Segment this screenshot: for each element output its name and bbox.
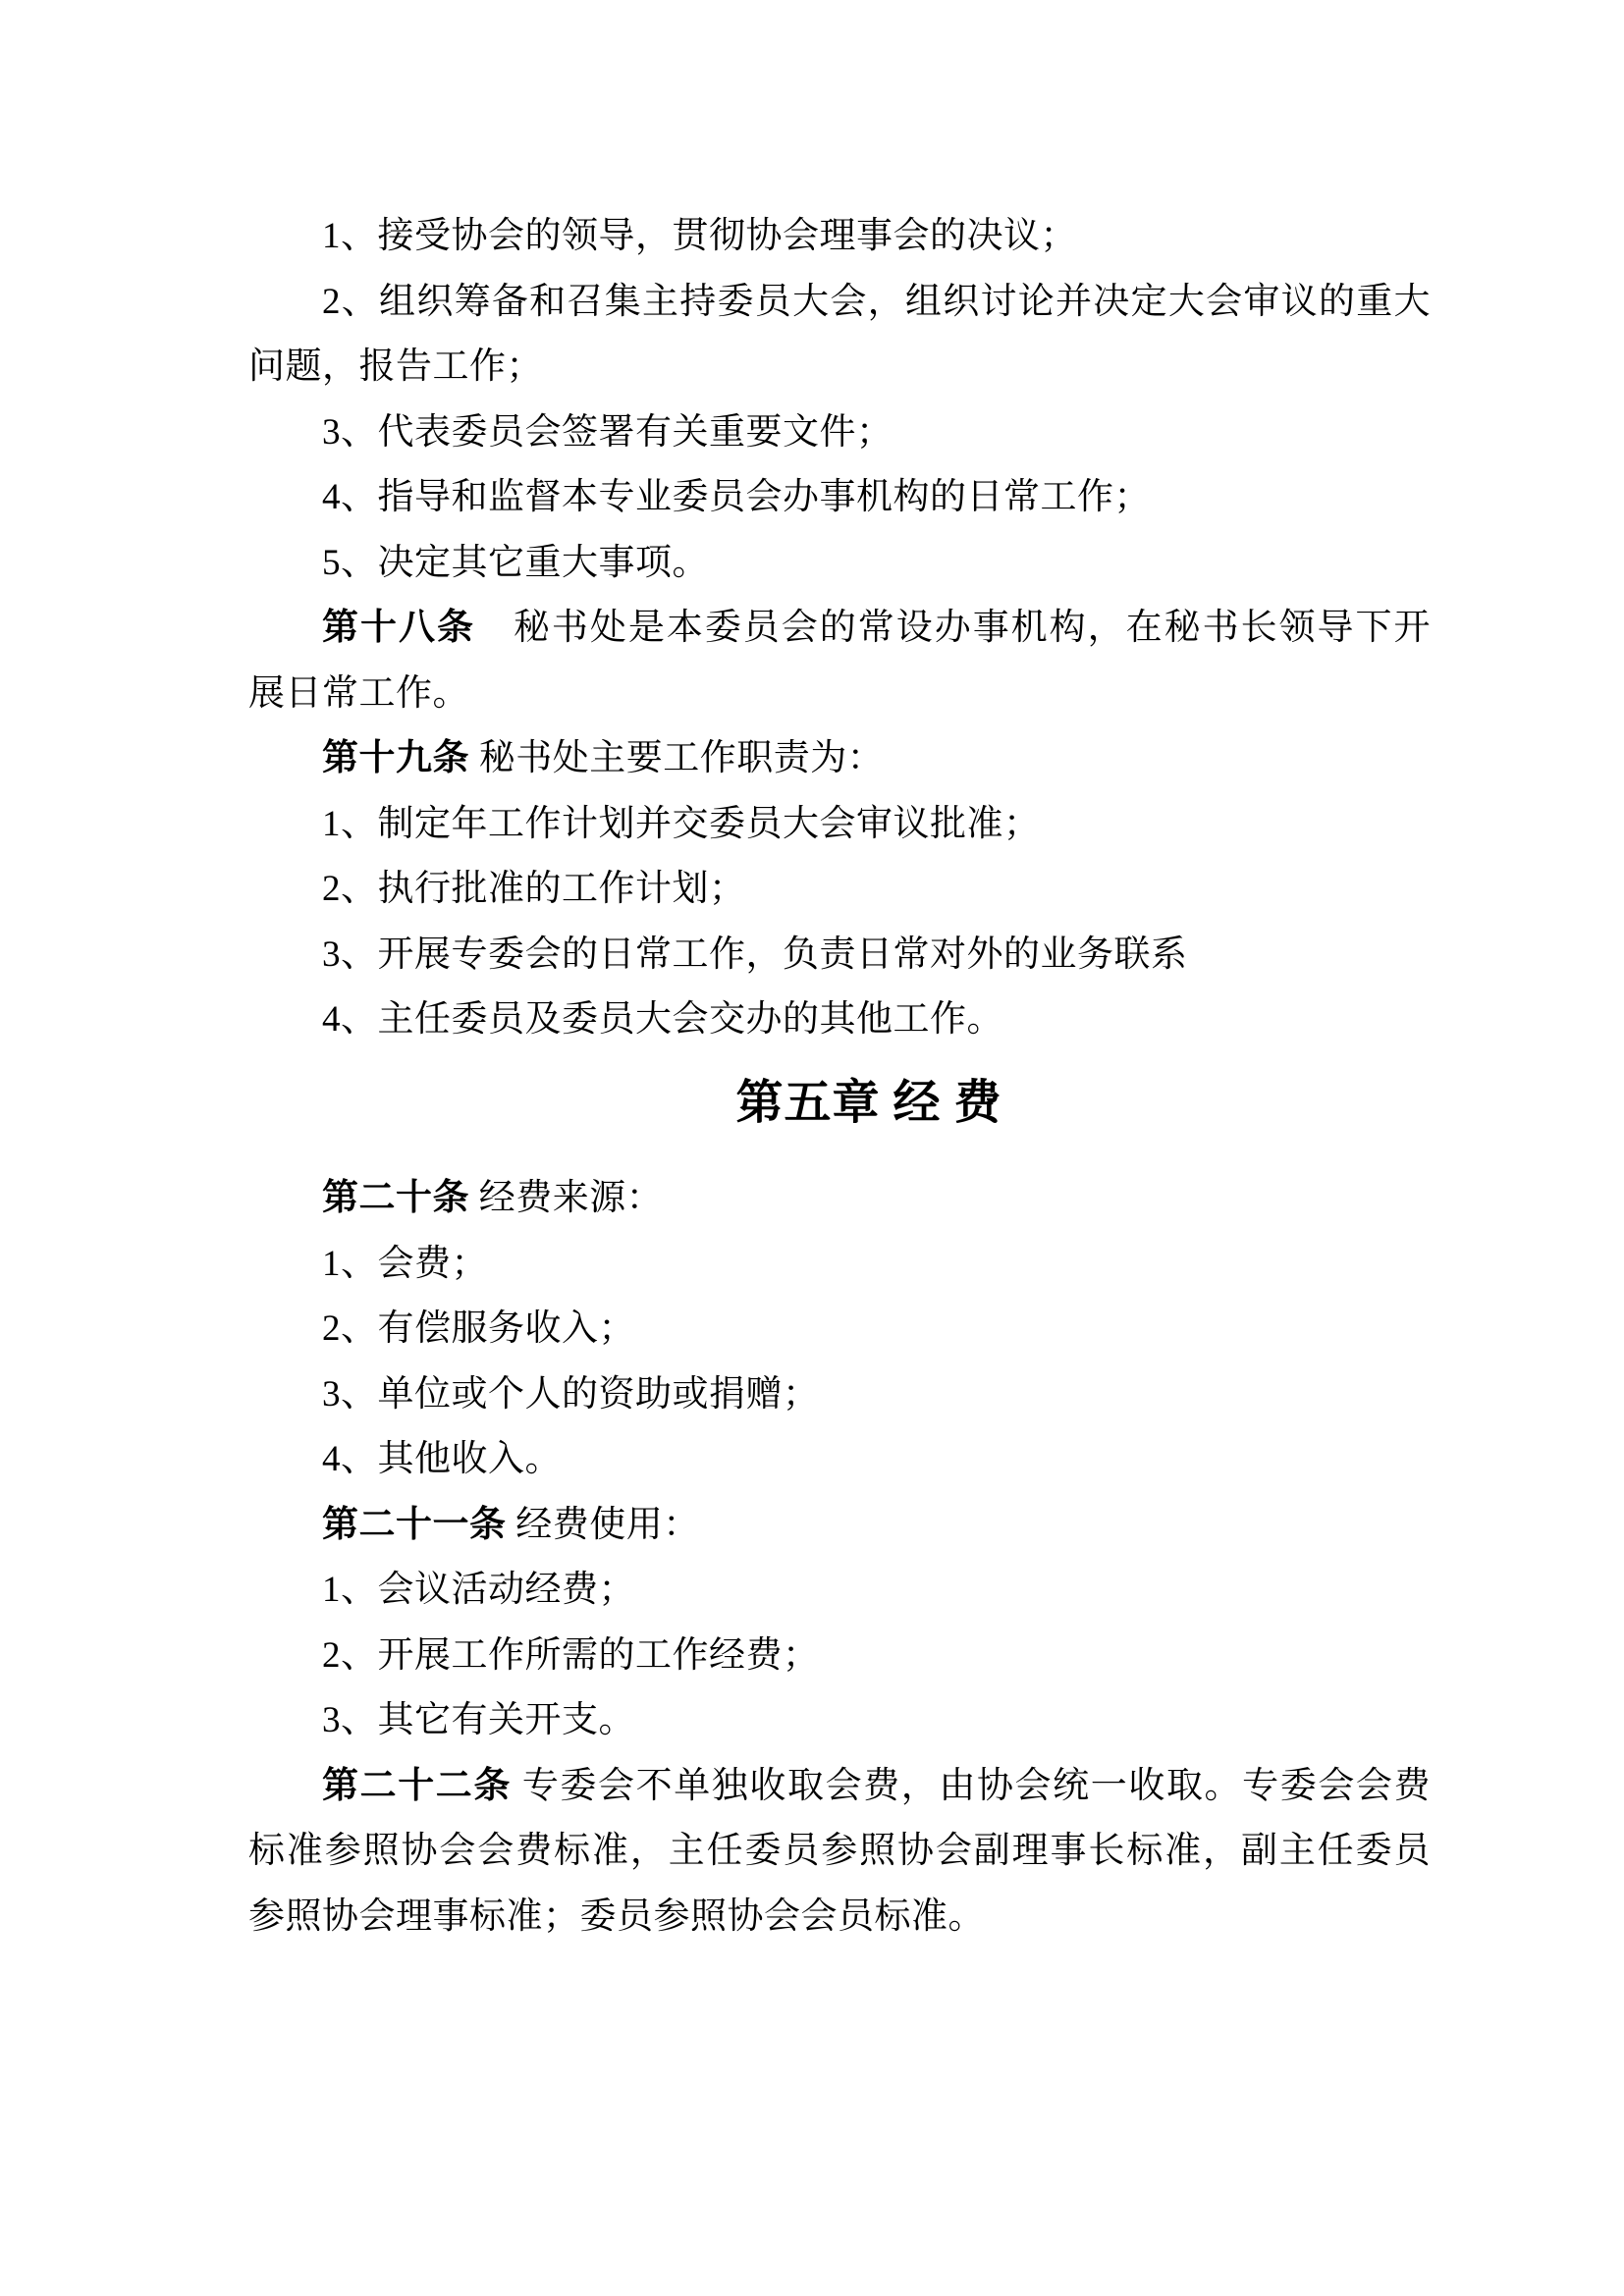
line-text: 1、会费；	[322, 1244, 488, 1284]
line-text: 2、开展工作所需的工作经费；	[322, 1635, 820, 1676]
text-line: 2、开展工作所需的工作经费；	[248, 1624, 1431, 1689]
text-line: 3、开展专委会的日常工作，负责日常对外的业务联系	[248, 923, 1431, 988]
line-text: 1、会议活动经费；	[322, 1570, 635, 1610]
text-line: 第二十条 经费来源：	[248, 1166, 1431, 1232]
text-line: 标准参照协会会费标准，主任委员参照协会副理事长标准，副主任委员	[248, 1819, 1431, 1885]
line-text: 1、接受协会的领导，贯彻协会理事会的决议；	[322, 216, 1077, 256]
text-line: 第十八条 秘书处是本委员会的常设办事机构，在秘书长领导下开	[248, 596, 1431, 662]
text-line: 第二十二条 专委会不单独收取会费，由协会统一收取。专委会会费	[248, 1754, 1431, 1820]
line-text: 3、开展专委会的日常工作，负责日常对外的业务联系	[322, 934, 1188, 975]
text-line: 3、单位或个人的资助或捐赠；	[248, 1362, 1431, 1428]
text-line: 1、制定年工作计划并交委员大会审议批准；	[248, 792, 1431, 858]
line-text: 秘书处主要工作职责为：	[469, 738, 884, 778]
line-text: 3、代表委员会签署有关重要文件；	[322, 412, 893, 453]
line-text: 3、单位或个人的资助或捐赠；	[322, 1374, 820, 1415]
text-line: 4、其他收入。	[248, 1427, 1431, 1493]
line-text: 标准参照协会会费标准，主任委员参照协会副理事长标准，副主任委员	[248, 1831, 1431, 1871]
text-line: 4、指导和监督本专业委员会办事机构的日常工作；	[248, 465, 1431, 531]
line-text: 参照协会理事标准；委员参照协会会员标准。	[248, 1896, 985, 1937]
text-line: 2、执行批准的工作计划；	[248, 857, 1431, 923]
line-text: 4、指导和监督本专业委员会办事机构的日常工作；	[322, 477, 1151, 517]
line-text: 2、组织筹备和召集主持委员大会，组织讨论并决定大会审议的重大	[322, 282, 1431, 322]
article-number-bold: 第二十一条	[322, 1505, 507, 1545]
line-text: 4、主任委员及委员大会交办的其他工作。	[322, 999, 1003, 1040]
text-line: 1、会议活动经费；	[248, 1558, 1431, 1624]
text-line: 4、主任委员及委员大会交办的其他工作。	[248, 988, 1431, 1053]
line-text: 问题，报告工作；	[248, 347, 543, 387]
line-text: 经费使用：	[507, 1505, 700, 1545]
text-line: 问题，报告工作；	[248, 335, 1431, 400]
line-text: 4、其他收入。	[322, 1439, 562, 1479]
text-line: 5、决定其它重大事项。	[248, 531, 1431, 597]
line-text: 3、其它有关开支。	[322, 1700, 635, 1740]
funding-text-block: 第二十条 经费来源：1、会费；2、有偿服务收入；3、单位或个人的资助或捐赠；4、…	[248, 1166, 1431, 1949]
article-number-bold: 第十八条	[322, 608, 475, 648]
text-line: 第十九条 秘书处主要工作职责为：	[248, 726, 1431, 792]
text-line: 参照协会理事标准；委员参照协会会员标准。	[248, 1885, 1431, 1950]
line-text: 2、有偿服务收入；	[322, 1308, 635, 1349]
line-text: 秘书处是本委员会的常设办事机构，在秘书长领导下开	[475, 608, 1431, 648]
line-text: 专委会不单独收取会费，由协会统一收取。专委会会费	[512, 1766, 1431, 1806]
text-line: 3、代表委员会签署有关重要文件；	[248, 400, 1431, 466]
line-text: 经费来源：	[469, 1178, 663, 1218]
text-line: 2、组织筹备和召集主持委员大会，组织讨论并决定大会审议的重大	[248, 270, 1431, 336]
article-number-bold: 第二十条	[322, 1178, 469, 1218]
text-line: 第二十一条 经费使用：	[248, 1493, 1431, 1559]
text-line: 展日常工作。	[248, 662, 1431, 727]
body-text-block: 1、接受协会的领导，贯彻协会理事会的决议；2、组织筹备和召集主持委员大会，组织讨…	[248, 204, 1431, 1053]
text-line: 1、会费；	[248, 1232, 1431, 1298]
line-text: 展日常工作。	[248, 673, 469, 714]
text-line: 2、有偿服务收入；	[248, 1297, 1431, 1362]
article-number-bold: 第十九条	[322, 738, 469, 778]
text-line: 1、接受协会的领导，贯彻协会理事会的决议；	[248, 204, 1431, 270]
line-text: 1、制定年工作计划并交委员大会审议批准；	[322, 804, 1041, 844]
text-line: 3、其它有关开支。	[248, 1688, 1431, 1754]
line-text: 5、决定其它重大事项。	[322, 543, 709, 583]
chapter-heading: 第五章 经 费	[278, 1072, 1460, 1135]
document-page: 1、接受协会的领导，贯彻协会理事会的决议；2、组织筹备和召集主持委员大会，组织讨…	[0, 0, 1624, 2296]
line-text: 2、执行批准的工作计划；	[322, 869, 746, 909]
article-number-bold: 第二十二条	[322, 1766, 512, 1806]
